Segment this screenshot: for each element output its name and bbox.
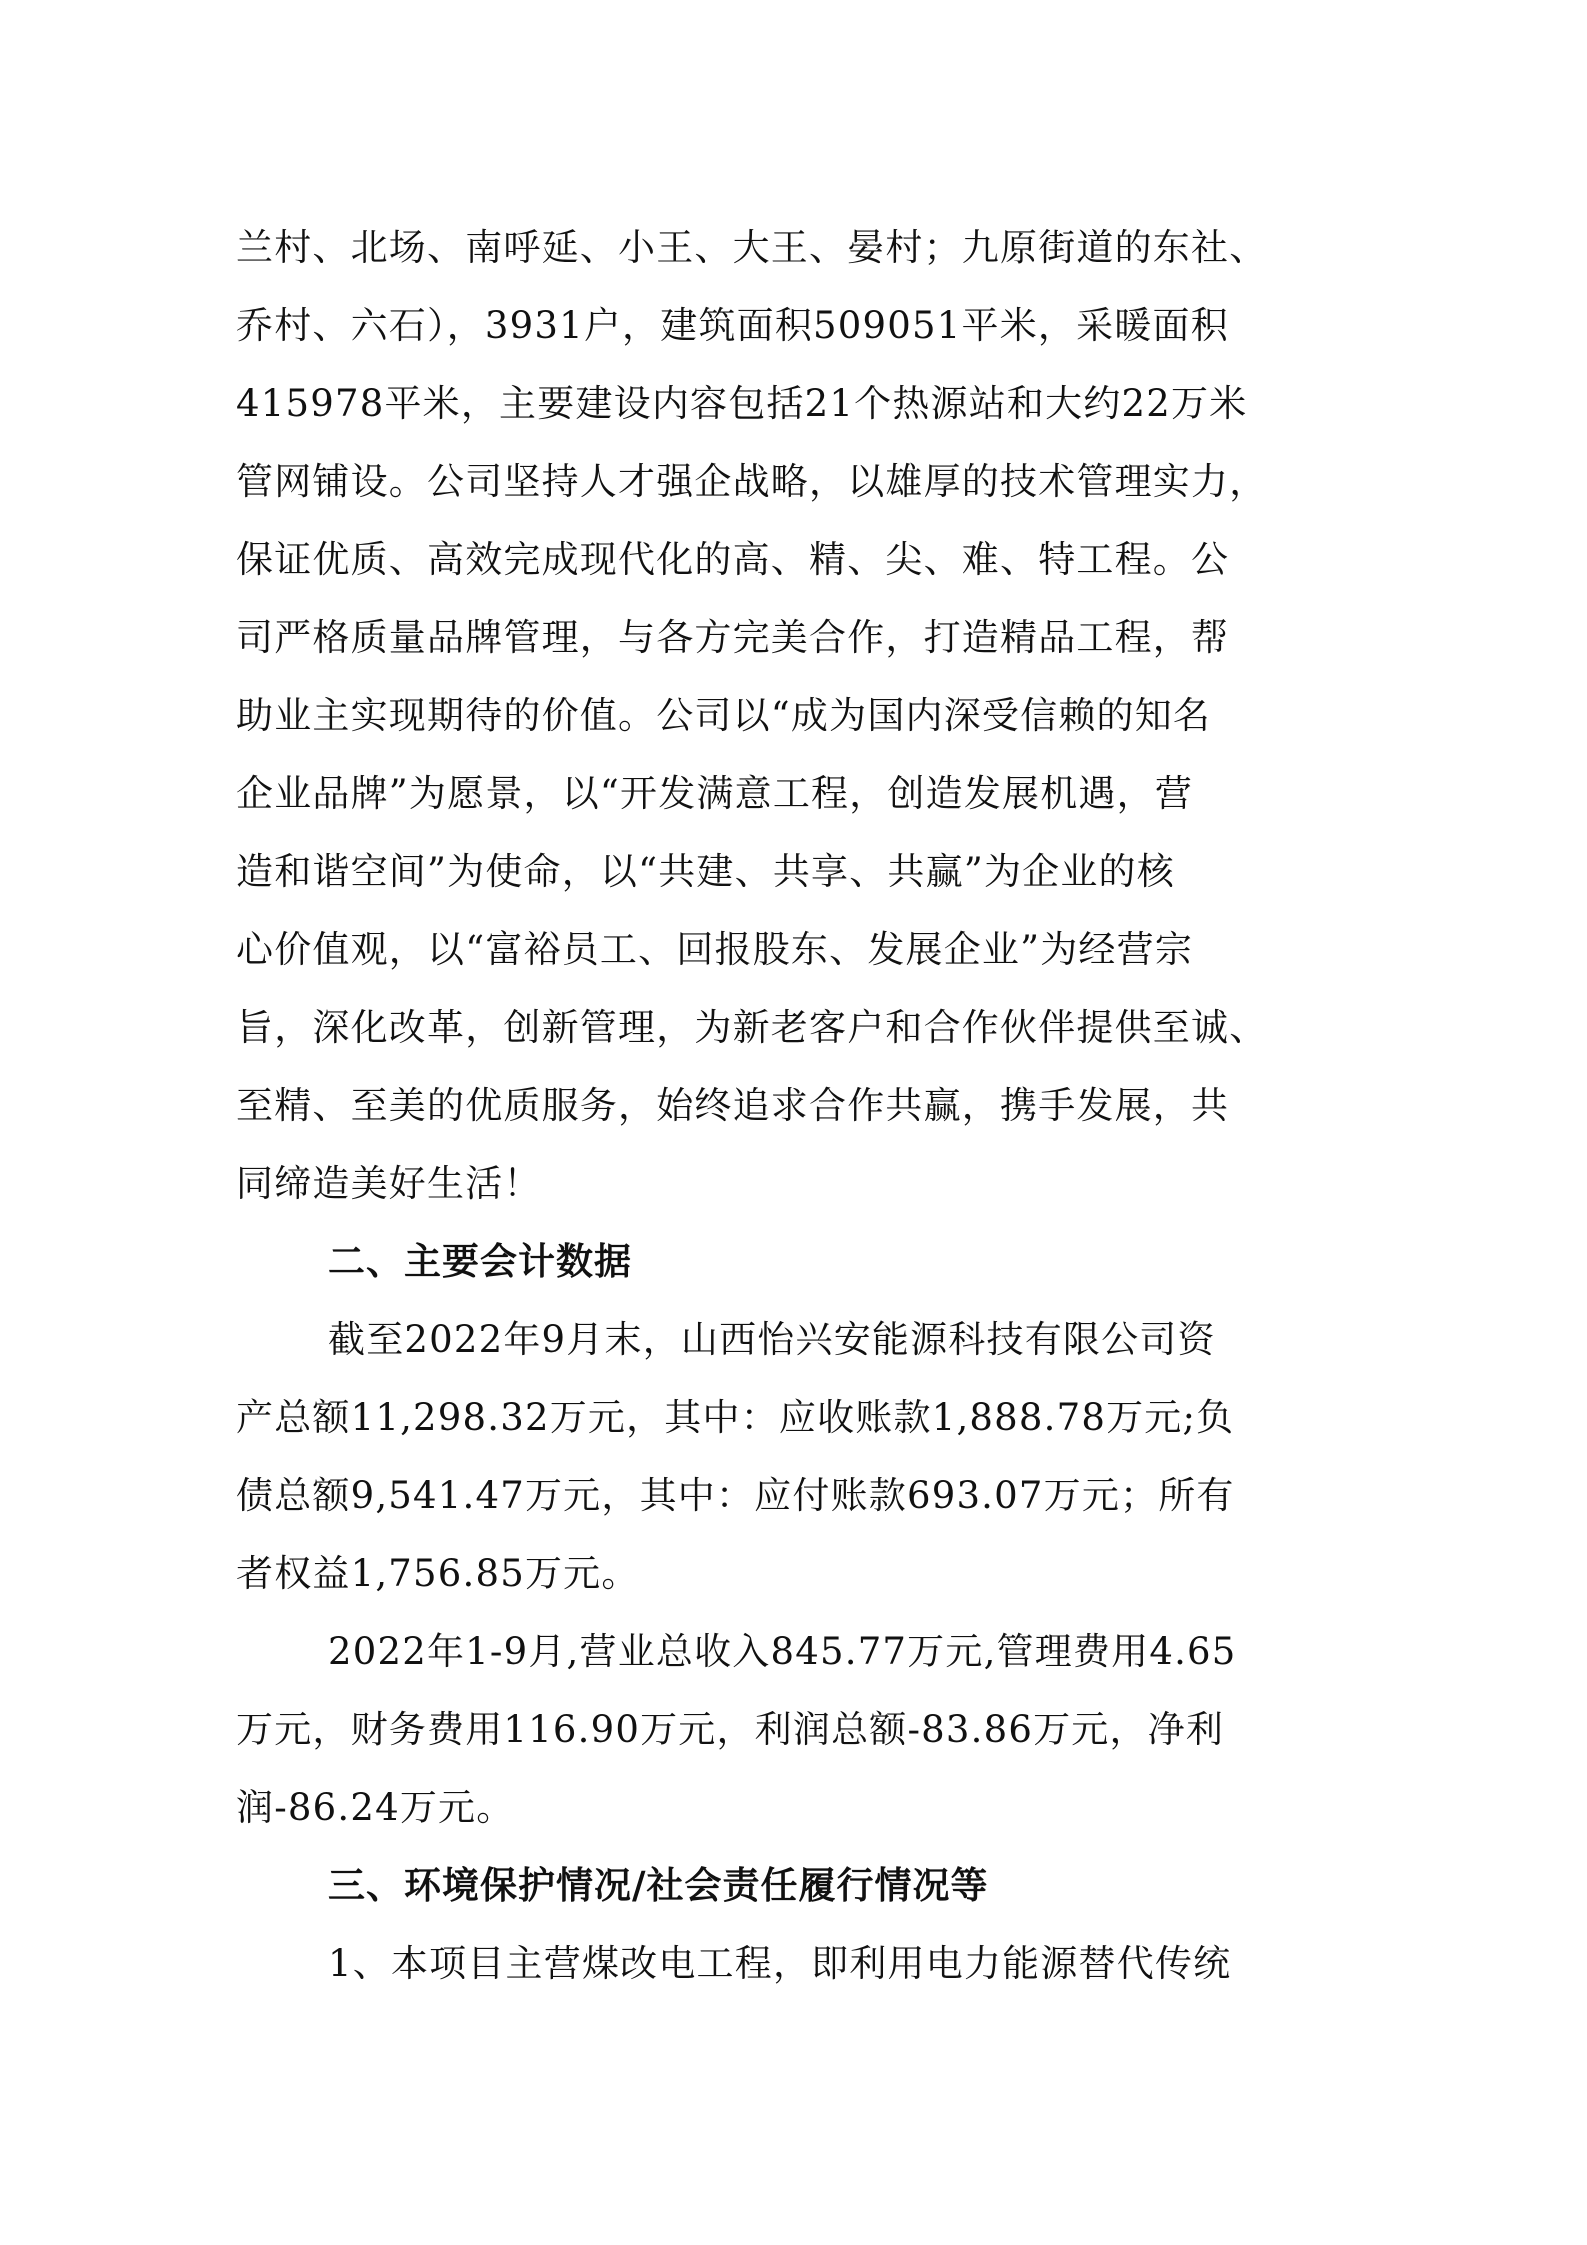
text-line: 造和谐空间”为使命，以“共建、共享、共赢”为企业的核 xyxy=(236,850,1175,894)
text-line: 企业品牌”为愿景，以“开发满意工程，创造发展机遇，营 xyxy=(236,772,1193,816)
section-heading-accounting-data: 二、主要会计数据 xyxy=(328,1240,632,1284)
text-line: 万元，财务费用116.90万元，利润总额-83.86万元，净利 xyxy=(236,1708,1224,1752)
text-line: 2022年1-9月,营业总收入845.77万元,管理费用4.65 xyxy=(328,1630,1237,1674)
text-line: 乔村、六石），3931户，建筑面积509051平米，采暖面积 xyxy=(236,304,1229,348)
text-line: 同缔造美好生活！ xyxy=(236,1162,542,1206)
list-item-1: 1、本项目主营煤改电工程，即利用电力能源替代传统 xyxy=(328,1942,1231,1986)
text-line: 至精、至美的优质服务，始终追求合作共赢，携手发展，共 xyxy=(236,1084,1229,1128)
text-line: 兰村、北场、南呼延、小王、大王、晏村；九原街道的东社、 xyxy=(236,226,1267,270)
text-line: 旨，深化改革，创新管理，为新老客户和合作伙伴提供至诚、 xyxy=(236,1006,1267,1050)
document-page: 兰村、北场、南呼延、小王、大王、晏村；九原街道的东社、 乔村、六石），3931户… xyxy=(0,0,1587,2245)
text-line: 管网铺设。公司坚持人才强企战略，以雄厚的技术管理实力， xyxy=(236,460,1267,504)
text-line: 润-86.24万元。 xyxy=(236,1786,514,1830)
text-line: 产总额11,298.32万元，其中：应收账款1,888.78万元;负 xyxy=(236,1396,1234,1440)
text-line: 债总额9,541.47万元，其中：应付账款693.07万元；所有 xyxy=(236,1474,1235,1518)
text-line: 心价值观，以“富裕员工、回报股东、发展企业”为经营宗 xyxy=(236,928,1193,972)
text-line: 助业主实现期待的价值。公司以“成为国内深受信赖的知名 xyxy=(236,694,1211,738)
text-line: 司严格质量品牌管理，与各方完美合作，打造精品工程，帮 xyxy=(236,616,1229,660)
section-heading-environment-social: 三、环境保护情况/社会责任履行情况等 xyxy=(328,1864,989,1908)
text-line: 截至2022年9月末，山西怡兴安能源科技有限公司资 xyxy=(328,1318,1216,1362)
text-line: 者权益1,756.85万元。 xyxy=(236,1552,640,1596)
text-line: 保证优质、高效完成现代化的高、精、尖、难、特工程。公 xyxy=(236,538,1229,582)
text-line: 415978平米，主要建设内容包括21个热源站和大约22万米 xyxy=(236,382,1247,426)
